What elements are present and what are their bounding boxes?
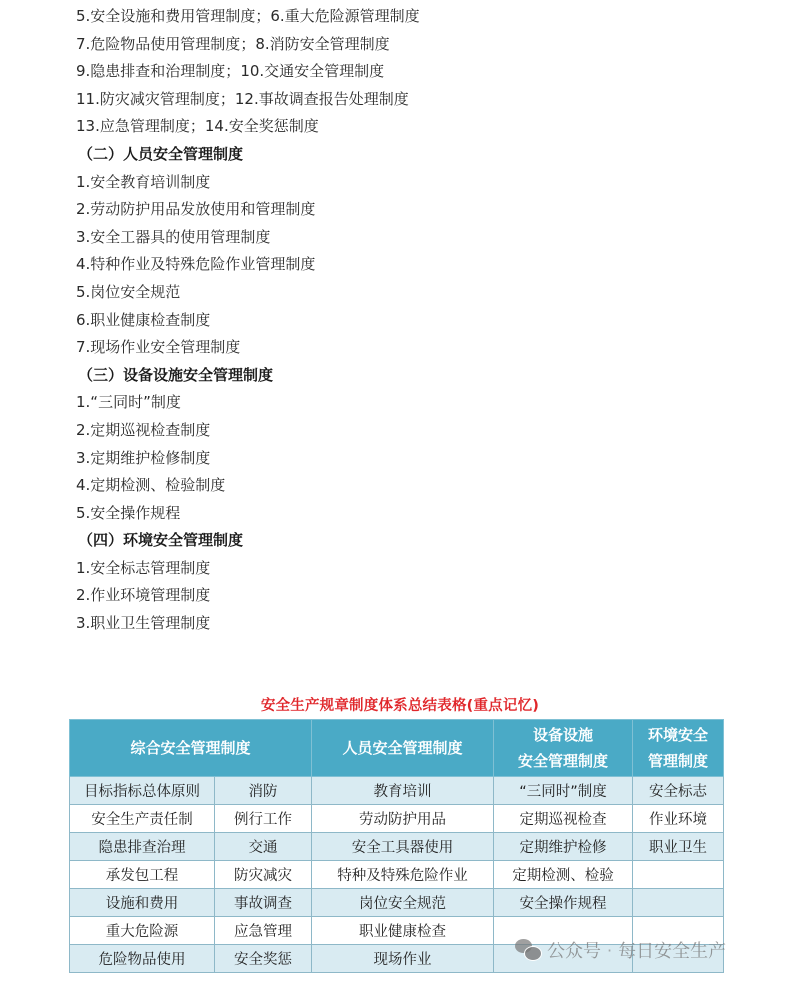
list-item: 11.防灾减灾管理制度；12.事故调查报告处理制度 [76,86,420,114]
list-item: 2.劳动防护用品发放使用和管理制度 [76,196,420,224]
table-cell: 岗位安全规范 [312,889,494,917]
table-cell: 职业健康检查 [312,917,494,945]
watermark-account: 每日安全生产 [618,937,726,963]
table-cell: 定期巡视检查 [494,805,633,833]
header-label: 综合安全管理制度 [131,739,251,757]
table-cell [633,861,724,889]
header-label-line1: 环境安全 [648,726,708,744]
list-item: 2.作业环境管理制度 [76,582,420,610]
table-cell: 危险物品使用 [70,945,215,973]
table-cell [633,889,724,917]
section-heading-equipment: （三）设备设施安全管理制度 [78,362,420,390]
list-item: 4.定期检测、检验制度 [76,472,420,500]
header-comprehensive: 综合安全管理制度 [70,720,312,777]
table-cell: 承发包工程 [70,861,215,889]
table-cell: 交通 [215,833,312,861]
list-item: 2.定期巡视检查制度 [76,417,420,445]
list-item: 1.“三同时”制度 [76,389,420,417]
section-heading-personnel: （二）人员安全管理制度 [78,141,420,169]
table-cell: 安全标志 [633,777,724,805]
list-item: 3.职业卫生管理制度 [76,610,420,638]
table-cell: 定期维护检修 [494,833,633,861]
table-row: 安全生产责任制 例行工作 劳动防护用品 定期巡视检查 作业环境 [70,805,724,833]
list-item: 6.职业健康检查制度 [76,307,420,335]
table-cell: 重大危险源 [70,917,215,945]
table-row: 目标指标总体原则 消防 教育培训 “三同时”制度 安全标志 [70,777,724,805]
table-row: 承发包工程 防灾减灾 特种及特殊危险作业 定期检测、检验 [70,861,724,889]
list-item: 7.危险物品使用管理制度；8.消防安全管理制度 [76,31,420,59]
table-cell: 消防 [215,777,312,805]
table-header-row: 综合安全管理制度 人员安全管理制度 设备设施安全管理制度 环境安全管理制度 [70,720,724,777]
table-cell: 安全生产责任制 [70,805,215,833]
list-item: 4.特种作业及特殊危险作业管理制度 [76,251,420,279]
header-label-line2: 安全管理制度 [518,752,608,770]
table-cell: “三同时”制度 [494,777,633,805]
table-cell: 职业卫生 [633,833,724,861]
list-item: 13.应急管理制度；14.安全奖惩制度 [76,113,420,141]
table-cell: 目标指标总体原则 [70,777,215,805]
table-cell: 定期检测、检验 [494,861,633,889]
header-environment: 环境安全管理制度 [633,720,724,777]
table-cell: 事故调查 [215,889,312,917]
list-item: 9.隐患排查和治理制度；10.交通安全管理制度 [76,58,420,86]
table-cell: 应急管理 [215,917,312,945]
table-cell: 设施和费用 [70,889,215,917]
watermark-separator: · [607,941,612,960]
list-item: 3.定期维护检修制度 [76,445,420,473]
list-item: 7.现场作业安全管理制度 [76,334,420,362]
table-cell: 作业环境 [633,805,724,833]
table-cell: 防灾减灾 [215,861,312,889]
table-cell: 安全工具器使用 [312,833,494,861]
table-row: 隐患排查治理 交通 安全工具器使用 定期维护检修 职业卫生 [70,833,724,861]
table-cell: 劳动防护用品 [312,805,494,833]
table-cell: 特种及特殊危险作业 [312,861,494,889]
list-item: 1.安全教育培训制度 [76,169,420,197]
regulation-list: 5.安全设施和费用管理制度；6.重大危险源管理制度 7.危险物品使用管理制度；8… [76,3,420,638]
table-cell: 例行工作 [215,805,312,833]
table-title: 安全生产规章制度体系总结表格(重点记忆) [0,694,800,715]
table-cell: 教育培训 [312,777,494,805]
table-cell: 现场作业 [312,945,494,973]
list-item: 1.安全标志管理制度 [76,555,420,583]
wechat-icon [515,939,541,961]
list-item: 3.安全工器具的使用管理制度 [76,224,420,252]
watermark: 公众号 · 每日安全生产 [515,935,726,965]
list-item: 5.安全设施和费用管理制度；6.重大危险源管理制度 [76,3,420,31]
watermark-label: 公众号 [547,937,601,963]
table-cell: 安全操作规程 [494,889,633,917]
list-item: 5.岗位安全规范 [76,279,420,307]
table-cell: 隐患排查治理 [70,833,215,861]
header-equipment: 设备设施安全管理制度 [494,720,633,777]
section-heading-environment: （四）环境安全管理制度 [78,527,420,555]
header-label-line1: 设备设施 [533,726,593,744]
table-row: 设施和费用 事故调查 岗位安全规范 安全操作规程 [70,889,724,917]
header-label-line2: 管理制度 [648,752,708,770]
header-label: 人员安全管理制度 [343,739,463,757]
header-personnel: 人员安全管理制度 [312,720,494,777]
table-cell: 安全奖惩 [215,945,312,973]
list-item: 5.安全操作规程 [76,500,420,528]
